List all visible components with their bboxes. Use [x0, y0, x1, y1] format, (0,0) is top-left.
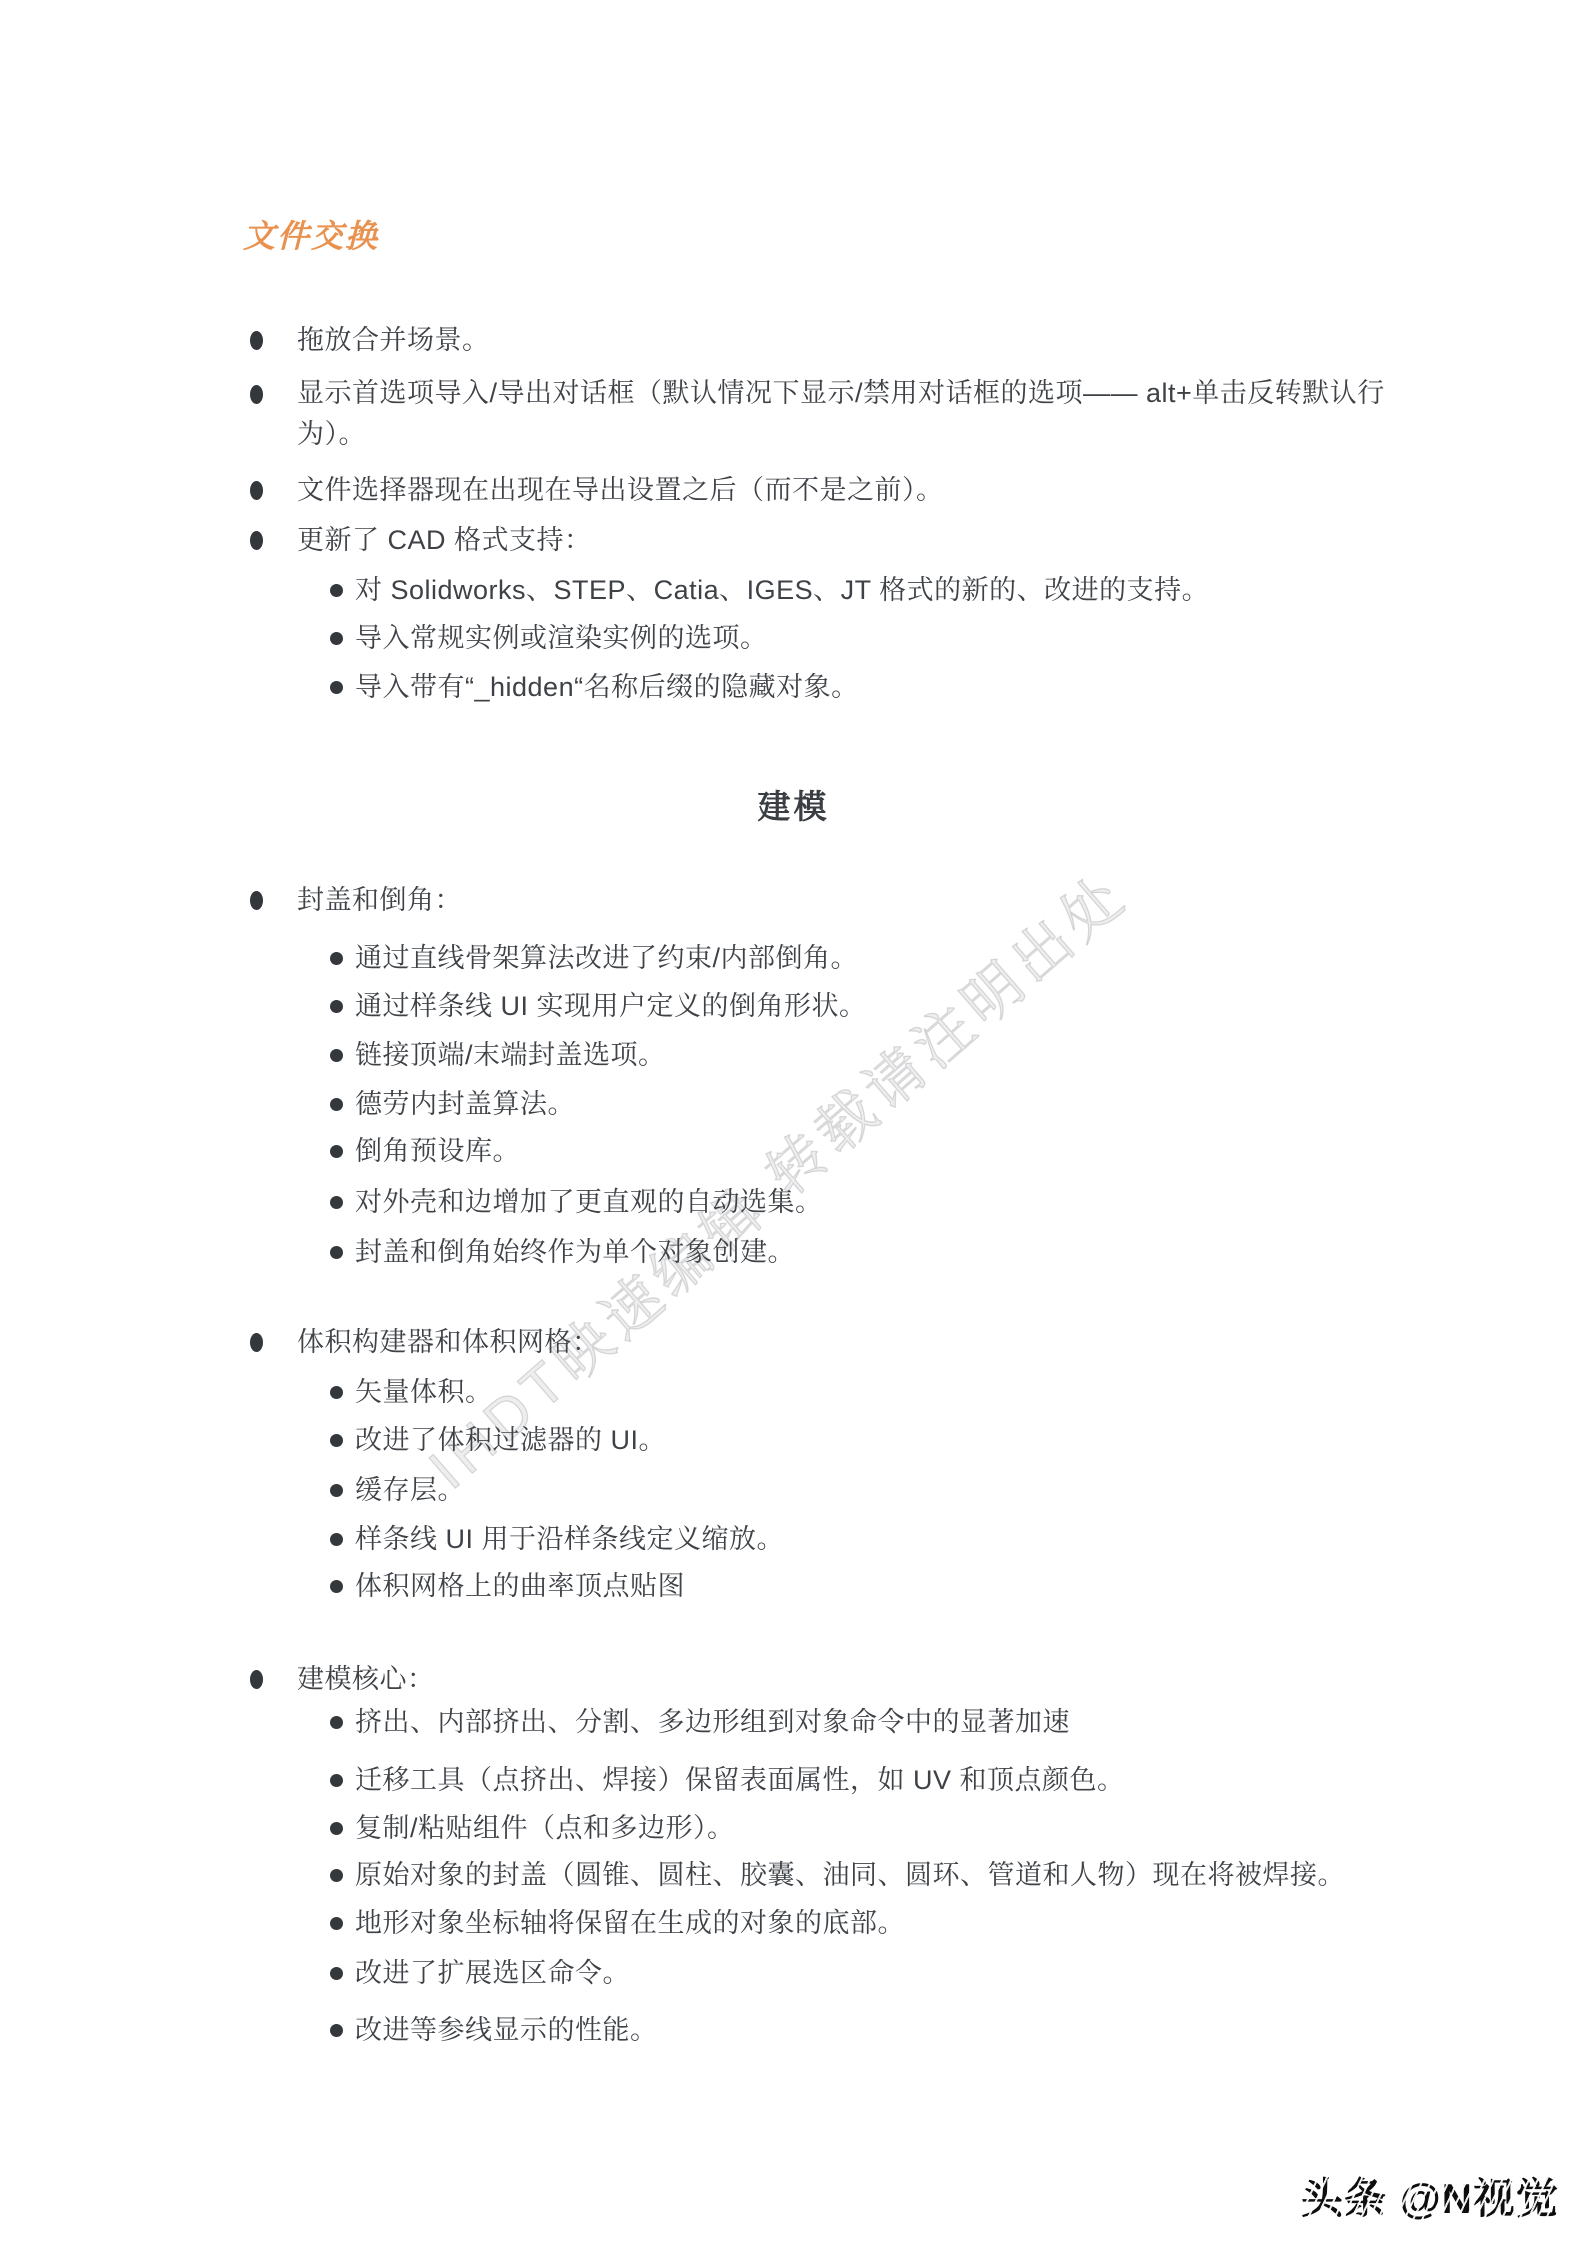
sub-bullet-marker-icon — [330, 584, 343, 597]
sub-list-item: 封盖和倒角始终作为单个对象创建。 — [330, 1227, 1415, 1277]
sub-list-item-text: 地形对象坐标轴将保留在生成的对象的底部。 — [355, 1908, 905, 1938]
sub-bullet-marker-icon — [330, 1967, 343, 1980]
sub-list-item: 地形对象坐标轴将保留在生成的对象的底部。 — [330, 1898, 1415, 1948]
sub-list-item: 改进等参线显示的性能。 — [330, 2005, 1415, 2055]
sub-bullet-marker-icon — [330, 1434, 343, 1447]
sub-list-item: 链接顶端/末端封盖选项。 — [330, 1030, 1415, 1080]
sub-list-item-text: 对 Solidworks、STEP、Catia、IGES、JT 格式的新的、改进… — [355, 575, 1209, 605]
sub-list-item: 通过样条线 UI 实现用户定义的倒角形状。 — [330, 981, 1415, 1031]
list-item-text: 文件选择器现在出现在导出设置之后（而不是之前）。 — [297, 475, 944, 505]
bullet-marker-icon — [250, 385, 263, 404]
sub-list-item: 对外壳和边增加了更直观的自动选集。 — [330, 1177, 1415, 1227]
sub-list-item: 对 Solidworks、STEP、Catia、IGES、JT 格式的新的、改进… — [330, 565, 1415, 615]
sub-list-item-text: 链接顶端/末端封盖选项。 — [355, 1040, 666, 1070]
sub-bullet-marker-icon — [330, 1580, 343, 1593]
sub-bullet-marker-icon — [330, 1917, 343, 1930]
toutiao-branding-watermark: 头条 @N视觉 — [1301, 2166, 1559, 2226]
group-title: 体积构建器和体积网格： — [250, 1317, 1437, 1367]
sub-bullet-marker-icon — [330, 1484, 343, 1497]
sub-list-item: 倒角预设库。 — [330, 1126, 1415, 1176]
sub-list-item-text: 改进了体积过滤器的 UI。 — [355, 1425, 666, 1455]
sub-list-item-text: 缓存层。 — [355, 1475, 465, 1505]
sub-bullet-marker-icon — [330, 1716, 343, 1729]
sub-bullet-marker-icon — [330, 1098, 343, 1111]
sub-list-item-text: 复制/粘贴组件（点和多边形）。 — [355, 1813, 735, 1843]
list-item-text: 更新了 CAD 格式支持： — [297, 525, 592, 555]
sub-list-item-text: 样条线 UI 用于沿样条线定义缩放。 — [355, 1524, 784, 1554]
sub-list-item: 挤出、内部挤出、分割、多边形组到对象命令中的显著加速 — [330, 1697, 1415, 1747]
sub-list-item: 体积网格上的曲率顶点贴图 — [330, 1561, 1415, 1611]
list-item: 更新了 CAD 格式支持： — [250, 515, 1437, 565]
sub-list-item-text: 封盖和倒角始终作为单个对象创建。 — [355, 1237, 795, 1267]
sub-list-item-text: 倒角预设库。 — [355, 1136, 520, 1166]
sub-list-item: 缓存层。 — [330, 1465, 1415, 1515]
list-item-text: 拖放合并场景。 — [297, 325, 490, 355]
sub-list-item-text: 矢量体积。 — [355, 1377, 493, 1407]
section-heading-file-exchange: 文件交换 — [243, 211, 379, 257]
bullet-marker-icon — [250, 531, 263, 550]
group-title-text: 封盖和倒角： — [297, 885, 462, 915]
bullet-marker-icon — [250, 1670, 263, 1689]
sub-bullet-marker-icon — [330, 632, 343, 645]
sub-bullet-marker-icon — [330, 1196, 343, 1209]
sub-list-item-text: 改进等参线显示的性能。 — [355, 2015, 658, 2045]
sub-list-item-text: 对外壳和边增加了更直观的自动选集。 — [355, 1187, 823, 1217]
sub-bullet-marker-icon — [330, 1386, 343, 1399]
sub-list-item-text: 原始对象的封盖（圆锥、圆柱、胶囊、油同、圆环、管道和人物）现在将被焊接。 — [355, 1860, 1345, 1890]
sub-bullet-marker-icon — [330, 952, 343, 965]
sub-list-item: 导入常规实例或渲染实例的选项。 — [330, 613, 1415, 663]
sub-bullet-marker-icon — [330, 1246, 343, 1259]
sub-list-item-text: 导入常规实例或渲染实例的选项。 — [355, 623, 768, 653]
sub-bullet-marker-icon — [330, 681, 343, 694]
sub-list-item: 通过直线骨架算法改进了约束/内部倒角。 — [330, 933, 1415, 983]
branding-text: 头条 @N视觉 — [1301, 2175, 1559, 2222]
sub-list-item-text: 通过样条线 UI 实现用户定义的倒角形状。 — [355, 991, 867, 1021]
list-item-text-line2: 为）。 — [297, 414, 1437, 455]
sub-list-item-text: 挤出、内部挤出、分割、多边形组到对象命令中的显著加速 — [355, 1707, 1070, 1737]
sub-list-item: 矢量体积。 — [330, 1367, 1415, 1417]
sub-bullet-marker-icon — [330, 1869, 343, 1882]
bullet-marker-icon — [250, 481, 263, 500]
sub-list-item: 原始对象的封盖（圆锥、圆柱、胶囊、油同、圆环、管道和人物）现在将被焊接。 — [330, 1850, 1415, 1900]
section-heading-modeling: 建模 — [0, 781, 1587, 828]
document-page: IHDT映速编辑 转载请注明出处 文件交换 拖放合并场景。 显示首选项导入/导出… — [0, 0, 1587, 2245]
bullet-marker-icon — [250, 1333, 263, 1352]
sub-bullet-marker-icon — [330, 1774, 343, 1787]
sub-bullet-marker-icon — [330, 1822, 343, 1835]
group-title: 封盖和倒角： — [250, 875, 1437, 925]
sub-list-item: 迁移工具（点挤出、焊接）保留表面属性，如 UV 和顶点颜色。 — [330, 1755, 1415, 1805]
list-item: 文件选择器现在出现在导出设置之后（而不是之前）。 — [250, 465, 1437, 515]
group-title-text: 建模核心： — [297, 1664, 435, 1694]
list-item-text-line1: 显示首选项导入/导出对话框（默认情况下显示/禁用对话框的选项—— alt+单击反… — [297, 373, 1437, 414]
group-title-text: 体积构建器和体积网格： — [297, 1327, 600, 1357]
sub-list-item-text: 导入带有“_hidden“名称后缀的隐藏对象。 — [355, 672, 859, 702]
list-item: 拖放合并场景。 — [250, 315, 1437, 365]
bullet-marker-icon — [250, 331, 263, 350]
sub-list-item: 导入带有“_hidden“名称后缀的隐藏对象。 — [330, 662, 1415, 712]
sub-list-item-text: 迁移工具（点挤出、焊接）保留表面属性，如 UV 和顶点颜色。 — [355, 1765, 1125, 1795]
sub-list-item: 样条线 UI 用于沿样条线定义缩放。 — [330, 1514, 1415, 1564]
sub-list-item-text: 改进了扩展选区命令。 — [355, 1958, 630, 1988]
sub-bullet-marker-icon — [330, 1049, 343, 1062]
sub-list-item: 改进了体积过滤器的 UI。 — [330, 1415, 1415, 1465]
sub-bullet-marker-icon — [330, 1533, 343, 1546]
sub-list-item: 德劳内封盖算法。 — [330, 1079, 1415, 1129]
sub-list-item: 复制/粘贴组件（点和多边形）。 — [330, 1803, 1415, 1853]
sub-list-item: 改进了扩展选区命令。 — [330, 1948, 1415, 1998]
sub-list-item-text: 通过直线骨架算法改进了约束/内部倒角。 — [355, 943, 858, 973]
sub-bullet-marker-icon — [330, 2024, 343, 2037]
bullet-marker-icon — [250, 891, 263, 910]
sub-list-item-text: 体积网格上的曲率顶点贴图 — [355, 1571, 685, 1601]
sub-list-item-text: 德劳内封盖算法。 — [355, 1089, 575, 1119]
sub-bullet-marker-icon — [330, 1000, 343, 1013]
sub-bullet-marker-icon — [330, 1145, 343, 1158]
list-item: 显示首选项导入/导出对话框（默认情况下显示/禁用对话框的选项—— alt+单击反… — [250, 373, 1437, 455]
